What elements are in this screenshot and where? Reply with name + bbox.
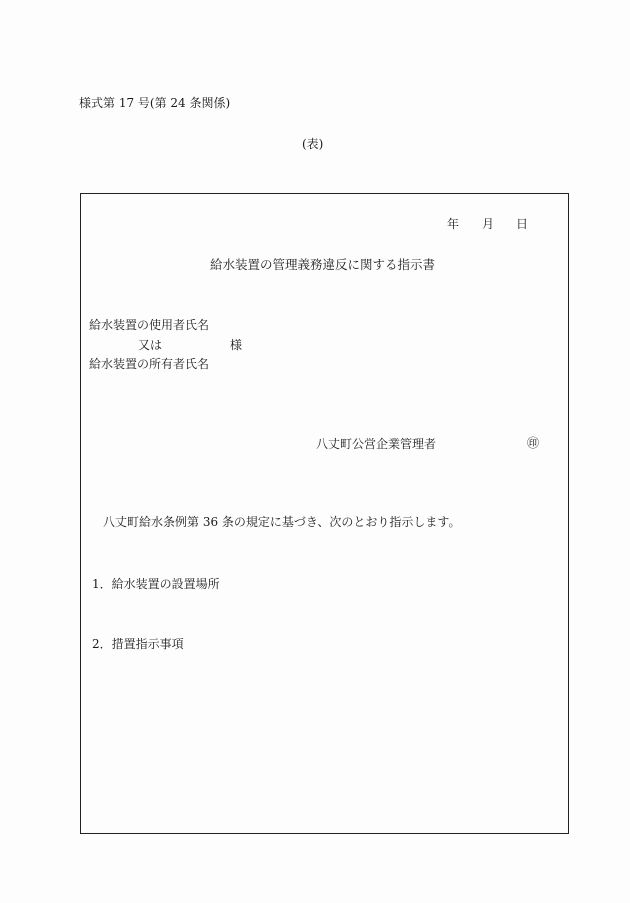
- instruction-body: 八丈町給水条例第 36 条の規定に基づき、次のとおり指示します。: [103, 516, 460, 528]
- document-title: 給水装置の管理義務違反に関する指示書: [210, 259, 435, 272]
- date-month-label: 月: [482, 218, 494, 230]
- form-number: 様式第 17 号(第 24 条関係): [79, 97, 230, 109]
- seal-icon: ㊞: [527, 437, 539, 449]
- or-label: 又は: [138, 339, 162, 351]
- item-installation-location: 1．給水装置の設置場所: [92, 578, 220, 590]
- user-name-label: 給水装置の使用者氏名: [89, 319, 209, 331]
- item-measures-instructed: 2．措置指示事項: [92, 638, 184, 650]
- date-day-label: 日: [516, 218, 528, 230]
- owner-name-label: 給水装置の所有者氏名: [89, 358, 209, 370]
- honorific-sama: 様: [230, 339, 242, 351]
- form-frame: [80, 193, 569, 834]
- side-label: (表): [302, 138, 323, 150]
- issuer-name: 八丈町公営企業管理者: [316, 438, 436, 450]
- date-year-label: 年: [447, 218, 459, 230]
